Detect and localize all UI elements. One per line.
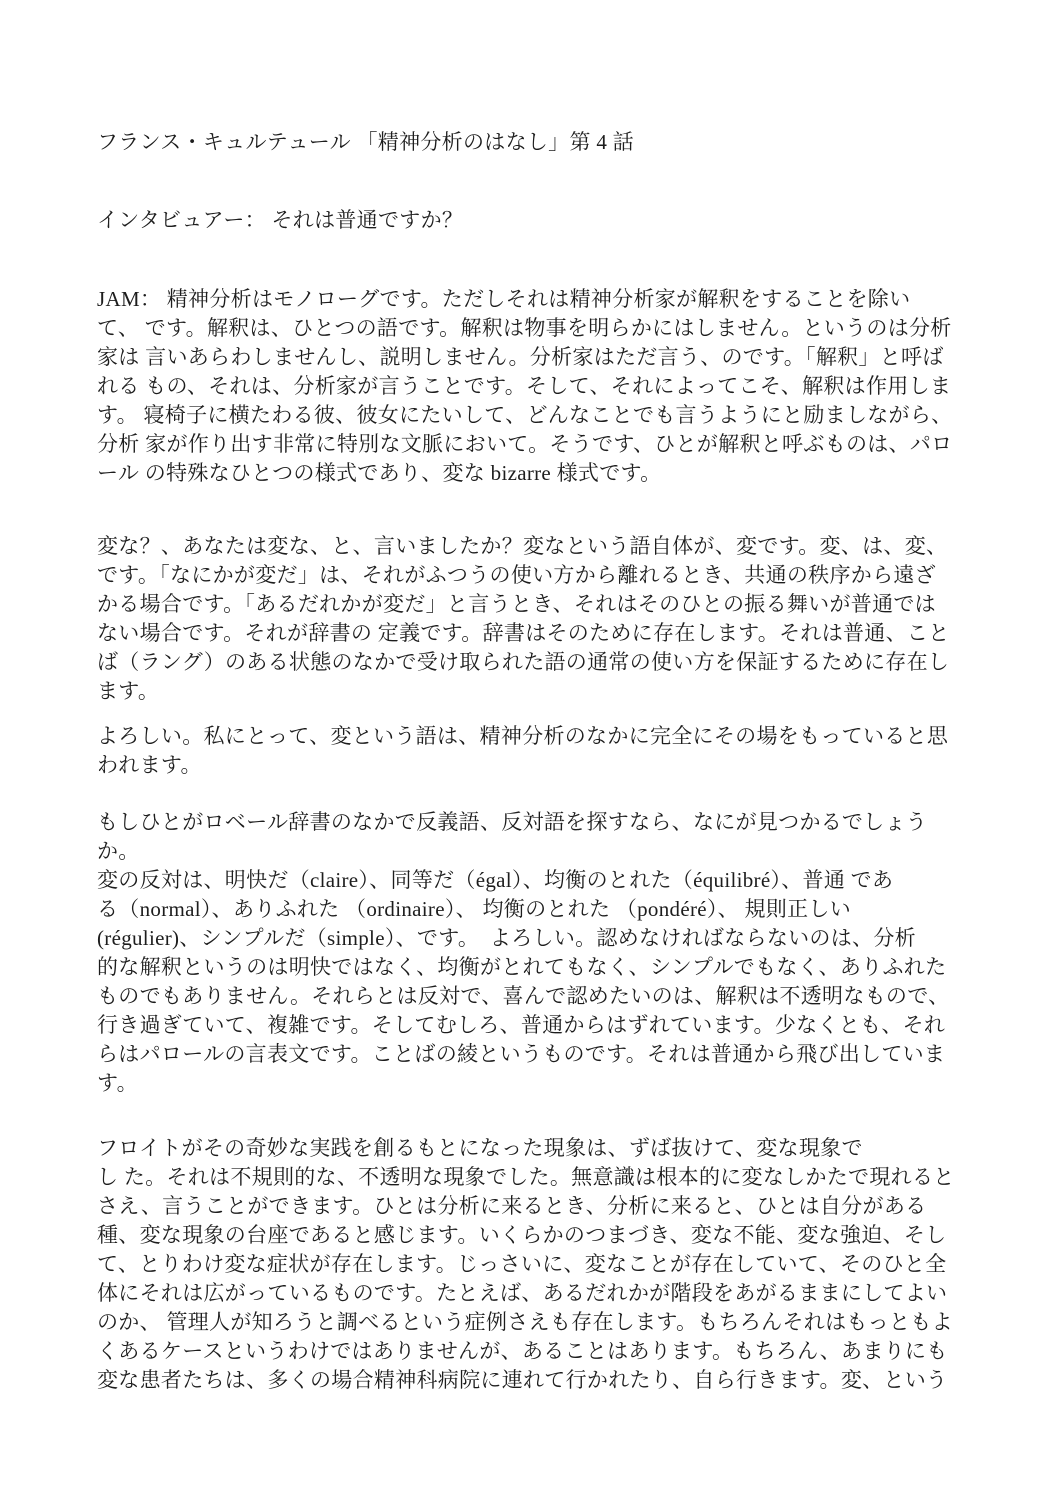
paragraph-antonyms: もしひとがロベール辞書のなかで反義語、反対語を探すなら、なにが見つかるでしょうか… — [97, 808, 968, 1098]
interviewer-question: インタビュアー： それは普通ですか？ — [97, 206, 968, 235]
jam-answer-paragraph: JAM： 精神分析はモノローグです。ただしそれは精神分析家が解釈をすることを除い… — [97, 285, 968, 488]
paragraph-bizarre-definition: 変な？、あなたは変な、と、言いましたか？変なという語自体が、変です。変、は、変、… — [97, 532, 968, 706]
document-page: フランス・キュルテュール 「精神分析のはなし」第 4 話 インタビュアー： それ… — [0, 0, 1058, 1497]
document-body: { "document": { "program_title": "フランス・キ… — [0, 0, 1058, 1497]
program-title: フランス・キュルテュール 「精神分析のはなし」第 4 話 — [97, 128, 968, 157]
paragraph-place-in-psychoanalysis: よろしい。私にとって、変という語は、精神分析のなかに完全にその場をもっていると思… — [97, 722, 968, 780]
paragraph-freud-phenomena: フロイトがその奇妙な実践を創るもとになった現象は、ずば抜けて、変な現象で し た… — [97, 1134, 968, 1395]
